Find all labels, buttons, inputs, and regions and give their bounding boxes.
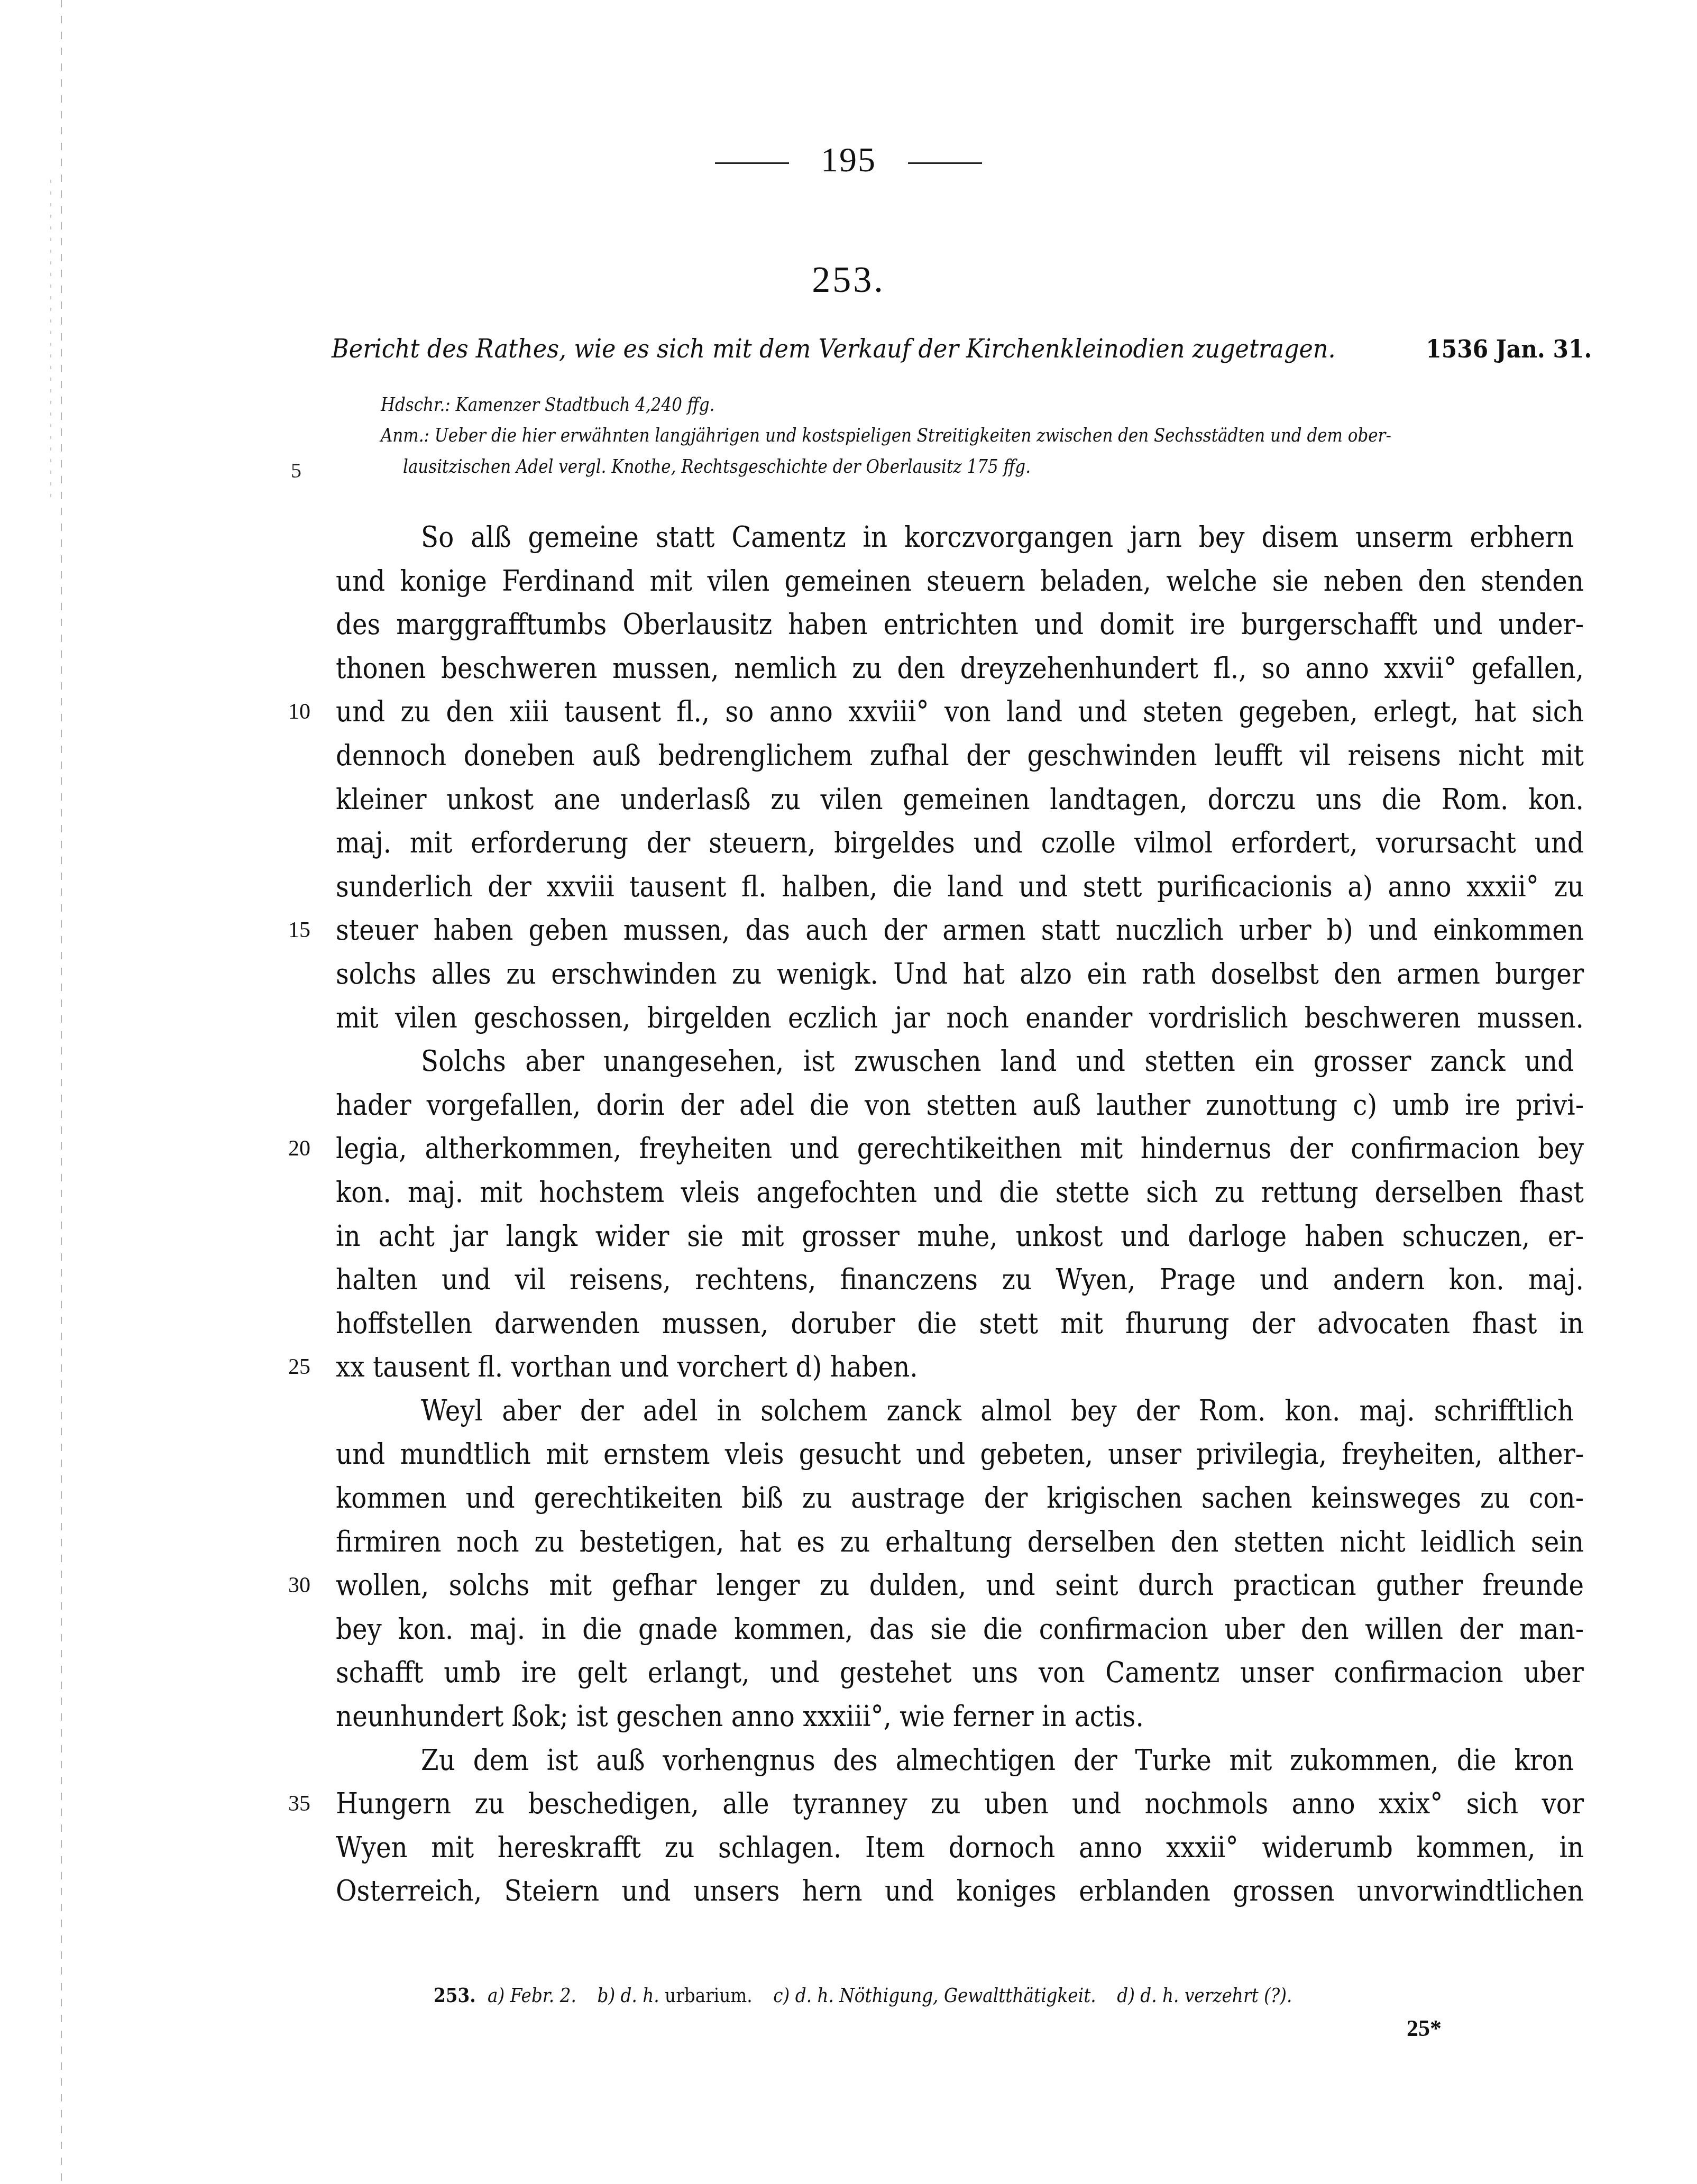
page-number-dash-right (908, 162, 982, 164)
manuscript-source: Hdschr.: Kamenzer Stadtbuch 4,240 ffg. (381, 394, 714, 416)
line-text: maj. mit erforderung der steuern, birgel… (336, 821, 1584, 865)
line-number: 30 (288, 1564, 325, 1608)
text-line: maj. mit erforderung der steuern, birgel… (336, 821, 1584, 865)
line-text: xx tausent fl. vorthan und vorchert d) h… (336, 1345, 1584, 1389)
footnote-b: b) d. h. urbarium. (597, 1984, 752, 2007)
text-line: dennoch doneben auß bedrenglichem zufhal… (336, 734, 1584, 778)
line-number: 5 (264, 458, 301, 483)
text-line: sunderlich der xxviii tausent fl. halben… (336, 865, 1584, 909)
text-line: Weyl aber der adel in solchem zanck almo… (336, 1389, 1584, 1433)
text-line: firmiren noch zu bestetigen, hat es zu e… (336, 1520, 1584, 1564)
line-text: Weyl aber der adel in solchem zanck almo… (336, 1389, 1574, 1433)
document-heading: Bericht des Rathes, wie es sich mit dem … (332, 334, 1581, 364)
text-line: hader vorgefallen, dorin der adel die vo… (336, 1084, 1584, 1127)
footnote-d: d) d. h. verzehrt (?). (1117, 1984, 1292, 2007)
footnote-c: c) d. h. Nöthigung, Gewaltthätigkeit. (773, 1984, 1096, 2007)
line-text: firmiren noch zu bestetigen, hat es zu e… (336, 1520, 1584, 1564)
text-line: des marggrafftumbs Oberlausitz haben ent… (336, 603, 1584, 647)
line-text: solchs alles zu erschwinden zu wenigk. U… (336, 952, 1584, 996)
text-line: 15steuer haben geben mussen, das auch de… (336, 909, 1584, 952)
line-number: 25 (288, 1345, 325, 1389)
line-text: hader vorgefallen, dorin der adel die vo… (336, 1084, 1584, 1127)
line-number: 20 (288, 1127, 325, 1171)
text-line: in acht jar langk wider sie mit grosser … (336, 1215, 1584, 1259)
line-text: Solchs aber unangesehen, ist zwuschen la… (336, 1040, 1574, 1084)
line-text: Zu dem ist auß vorhengnus des almechtige… (336, 1739, 1574, 1783)
text-line: und mundtlich mit ernstem vleis gesucht … (336, 1433, 1584, 1476)
text-line: neunhundert ßok; ist geschen anno xxxiii… (336, 1695, 1584, 1739)
line-text: schafft umb ire gelt erlangt, und gesteh… (336, 1651, 1584, 1695)
scan-margin-artifact (50, 180, 51, 497)
line-text: Osterreich, Steiern und unsers hern und … (336, 1869, 1584, 1913)
text-line: kommen und gerechtikeiten biß zu austrag… (336, 1476, 1584, 1520)
line-text: kon. maj. mit hochstem vleis angefochten… (336, 1171, 1584, 1215)
text-line: halten und vil reisens, rechtens, financ… (336, 1258, 1584, 1302)
page-number: 195 (0, 140, 1697, 180)
document-number: 253. (0, 259, 1697, 301)
line-text: bey kon. maj. in die gnade kommen, das s… (336, 1608, 1584, 1651)
line-text: des marggrafftumbs Oberlausitz haben ent… (336, 603, 1584, 647)
line-text: thonen beschweren mussen, nemlich zu den… (336, 647, 1584, 691)
text-line: So alß gemeine statt Camentz in korczvor… (336, 516, 1584, 559)
line-text: und konige Ferdinand mit vilen gemeinen … (336, 559, 1584, 603)
line-number: 10 (288, 690, 325, 734)
line-text: steuer haben geben mussen, das auch der … (336, 909, 1584, 952)
text-line: Zu dem ist auß vorhengnus des almechtige… (336, 1739, 1584, 1783)
text-line: bey kon. maj. in die gnade kommen, das s… (336, 1608, 1584, 1651)
text-line: 35Hungern zu beschedigen, alle tyranney … (336, 1782, 1584, 1826)
document-date: 1536 Jan. 31. (1426, 335, 1592, 363)
document-title: Bericht des Rathes, wie es sich mit dem … (332, 334, 1336, 364)
text-line: schafft umb ire gelt erlangt, und gesteh… (336, 1651, 1584, 1695)
footnote-a: a) Febr. 2. (488, 1984, 576, 2007)
text-line: Solchs aber unangesehen, ist zwuschen la… (336, 1040, 1584, 1084)
text-line: mit vilen geschossen, birgelden eczlich … (336, 996, 1584, 1040)
line-text: dennoch doneben auß bedrenglichem zufhal… (336, 734, 1584, 778)
line-number: 15 (288, 909, 325, 952)
page-number-dash-left (715, 162, 789, 164)
text-line: 10und zu den xiii tausent fl., so anno x… (336, 690, 1584, 734)
text-line: 25xx tausent fl. vorthan und vorchert d)… (336, 1345, 1584, 1389)
sheet-signature: 25* (1407, 2015, 1442, 2042)
line-text: in acht jar langk wider sie mit grosser … (336, 1215, 1584, 1259)
body-text: So alß gemeine statt Camentz in korczvor… (336, 516, 1584, 1913)
text-line: kleiner unkost ane underlasß zu vilen ge… (336, 778, 1584, 822)
text-line: und konige Ferdinand mit vilen gemeinen … (336, 559, 1584, 603)
line-text: halten und vil reisens, rechtens, financ… (336, 1258, 1584, 1302)
text-line: solchs alles zu erschwinden zu wenigk. U… (336, 952, 1584, 996)
text-line: Wyen mit hereskrafft zu schlagen. Item d… (336, 1826, 1584, 1870)
text-line: Osterreich, Steiern und unsers hern und … (336, 1869, 1584, 1913)
line-text: neunhundert ßok; ist geschen anno xxxiii… (336, 1695, 1584, 1739)
page-number-value: 195 (821, 141, 876, 179)
text-line: 30wollen, solchs mit gefhar lenger zu du… (336, 1564, 1584, 1608)
text-line: thonen beschweren mussen, nemlich zu den… (336, 647, 1584, 691)
text-line: hoffstellen darwenden mussen, doruber di… (336, 1302, 1584, 1346)
line-text: wollen, solchs mit gefhar lenger zu duld… (336, 1564, 1584, 1608)
line-text: Hungern zu beschedigen, alle tyranney zu… (336, 1782, 1584, 1826)
line-text: kommen und gerechtikeiten biß zu austrag… (336, 1476, 1584, 1520)
line-text: mit vilen geschossen, birgelden eczlich … (336, 996, 1584, 1040)
text-line: kon. maj. mit hochstem vleis angefochten… (336, 1171, 1584, 1215)
scan-margin-line (61, 0, 62, 2184)
footnote-document-number: 253. (434, 1983, 476, 2007)
line-text: Wyen mit hereskrafft zu schlagen. Item d… (336, 1826, 1584, 1870)
footnotes: 253. a) Febr. 2. b) d. h. urbarium. c) d… (434, 1983, 1308, 2007)
line-text: und mundtlich mit ernstem vleis gesucht … (336, 1433, 1584, 1476)
annotation-line-2: lausitzischen Adel vergl. Knothe, Rechts… (403, 456, 1031, 478)
line-text: hoffstellen darwenden mussen, doruber di… (336, 1302, 1584, 1346)
line-text: sunderlich der xxviii tausent fl. halben… (336, 865, 1584, 909)
line-text: und zu den xiii tausent fl., so anno xxv… (336, 690, 1584, 734)
text-line: 20legia, altherkommen, freyheiten und ge… (336, 1127, 1584, 1171)
line-text: So alß gemeine statt Camentz in korczvor… (336, 516, 1574, 559)
line-text: legia, altherkommen, freyheiten und gere… (336, 1127, 1584, 1171)
line-number: 35 (288, 1782, 325, 1826)
line-text: kleiner unkost ane underlasß zu vilen ge… (336, 778, 1584, 822)
annotation-line-1: Anm.: Ueber die hier erwähnten langjähri… (381, 425, 1391, 446)
